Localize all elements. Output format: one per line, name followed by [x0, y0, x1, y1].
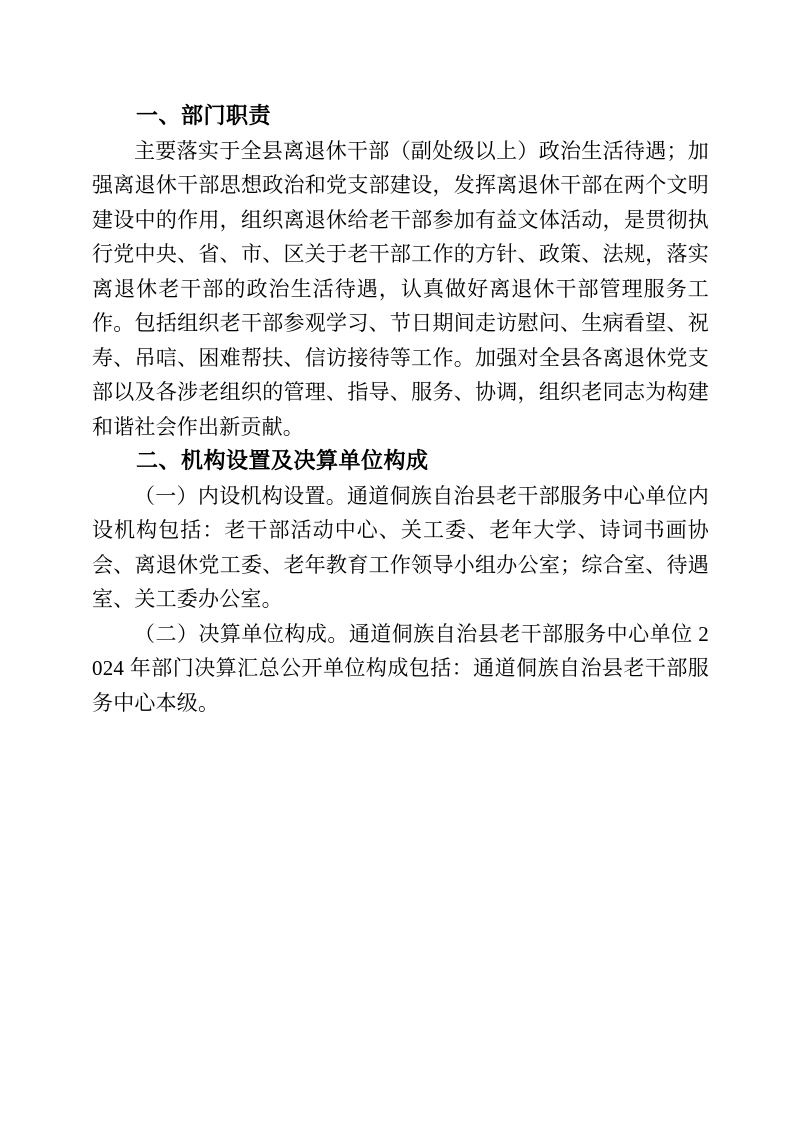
internal-org-setup-paragraph: （一）内设机构设置。通道侗族自治县老干部服务中心单位内设机构包括：老干部活动中心… — [92, 479, 709, 617]
department-duties-paragraph: 主要落实于全县离退休干部（副处级以上）政治生活待遇；加强离退休干部思想政治和党支… — [92, 134, 709, 445]
final-accounts-units-paragraph: （二）决算单位构成。通道侗族自治县老干部服务中心单位 2024 年部门决算汇总公… — [92, 617, 709, 721]
section-department-duties-heading: 一、部门职责 — [92, 99, 709, 134]
section-department-duties: 一、部门职责 主要落实于全县离退休干部（副处级以上）政治生活待遇；加强离退休干部… — [92, 99, 709, 444]
section-org-structure-heading: 二、机构设置及决算单位构成 — [92, 444, 709, 479]
section-org-structure: 二、机构设置及决算单位构成 （一）内设机构设置。通道侗族自治县老干部服务中心单位… — [92, 444, 709, 720]
document-page: 一、部门职责 主要落实于全县离退休干部（副处级以上）政治生活待遇；加强离退休干部… — [0, 0, 793, 1122]
